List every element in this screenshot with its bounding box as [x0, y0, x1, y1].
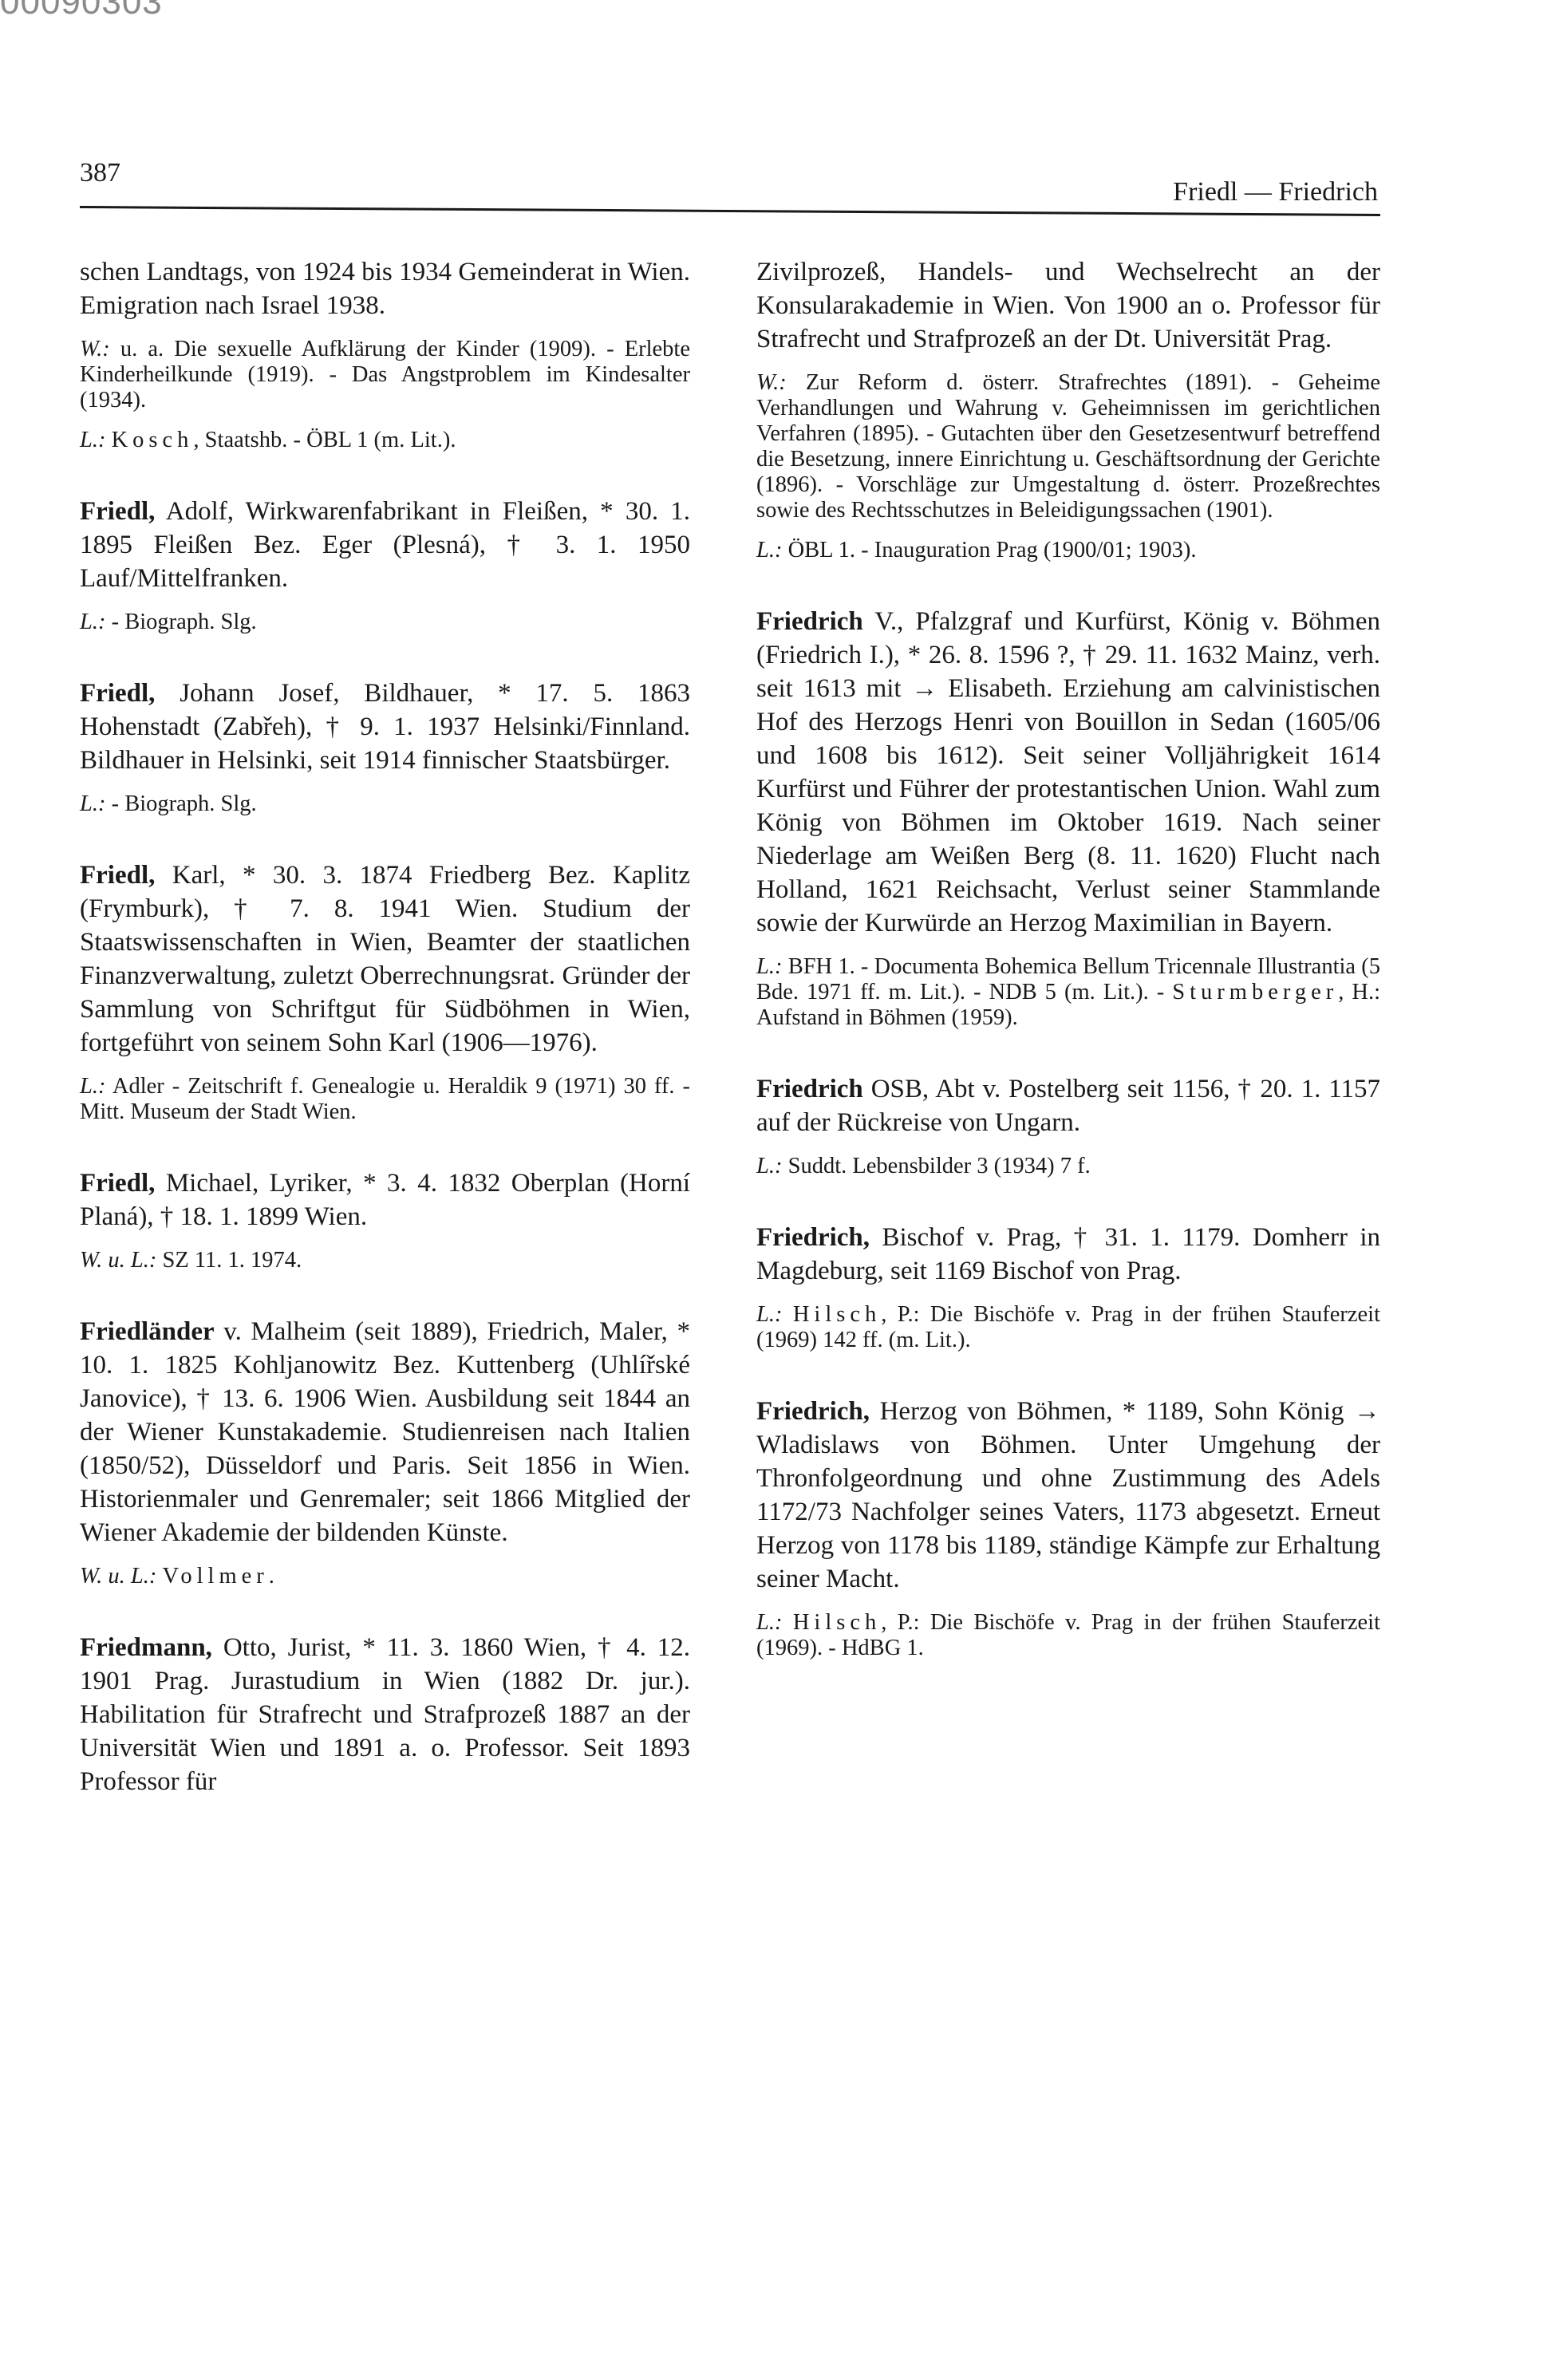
entry-body: Friedrich, Herzog von Böhmen, * 1189, So… — [756, 1395, 1380, 1596]
entry-continuation: schen Landtags, von 1924 bis 1934 Gemein… — [80, 255, 690, 453]
entry-body: Friedrich V., Pfalzgraf und Kurfürst, Kö… — [756, 605, 1380, 940]
entry-friedl-johann-josef: Friedl, Johann Josef, Bildhauer, * 17. 5… — [80, 677, 690, 817]
entry-body: Friedl, Adolf, Wirkwarenfabrikant in Fle… — [80, 495, 690, 595]
lit-label: L.: — [756, 1154, 782, 1178]
works-text: Zur Reform d. österr. Strafrechtes (1891… — [756, 370, 1380, 523]
entry-body: Friedrich OSB, Abt v. Postelberg seit 11… — [756, 1072, 1380, 1139]
lit-label: W. u. L.: — [80, 1564, 156, 1589]
entry-body: Friedl, Johann Josef, Bildhauer, * 17. 5… — [80, 677, 690, 777]
literature: W. u. L.: SZ 11. 1. 1974. — [80, 1248, 690, 1273]
lit-label: L.: — [756, 954, 782, 979]
works-label: W.: — [756, 370, 787, 395]
lit-label: L.: — [80, 1074, 105, 1099]
headword: Friedrich — [756, 1075, 863, 1103]
literature: L.: Adler - Zeitschrift f. Genealogie u.… — [80, 1074, 690, 1125]
literature: L.: - Biograph. Slg. — [80, 791, 690, 817]
literature: L.: Hilsch, P.: Die Bischöfe v. Prag in … — [756, 1610, 1380, 1661]
lit-label: L.: — [80, 610, 105, 634]
literature: L.: Suddt. Lebensbilder 3 (1934) 7 f. — [756, 1154, 1380, 1179]
right-column: Zivilprozeß, Handels- und Wechselrecht a… — [756, 255, 1380, 1691]
entry-friedl-karl: Friedl, Karl, * 30. 3. 1874 Friedberg Be… — [80, 858, 690, 1125]
entry-friedrich-v: Friedrich V., Pfalzgraf und Kurfürst, Kö… — [756, 605, 1380, 1031]
lit-text: - Biograph. Slg. — [112, 791, 257, 816]
lit-text: SZ 11. 1. 1974. — [162, 1248, 302, 1273]
works-list: W.: u. a. Die sexuelle Aufklärung der Ki… — [80, 337, 690, 413]
entry-continuation: Zivilprozeß, Handels- und Wechselrecht a… — [756, 255, 1380, 563]
lit-text: Adler - Zeitschrift f. Genealogie u. Her… — [80, 1074, 690, 1124]
entry-body: Friedmann, Otto, Jurist, * 11. 3. 1860 W… — [80, 1631, 690, 1798]
headword: Friedl, — [80, 679, 155, 708]
literature: W. u. L.: Vollmer. — [80, 1564, 690, 1589]
lit-author: Sturmberger — [1172, 980, 1338, 1004]
works-list: W.: Zur Reform d. österr. Strafrechtes (… — [756, 370, 1380, 523]
entry-body: Zivilprozeß, Handels- und Wechselrecht a… — [756, 255, 1380, 356]
entry-body: Friedl, Karl, * 30. 3. 1874 Friedberg Be… — [80, 858, 690, 1060]
entry-friedl-adolf: Friedl, Adolf, Wirkwarenfabrikant in Fle… — [80, 495, 690, 635]
lit-label: L.: — [756, 1302, 782, 1327]
literature: L.: Kosch, Staatshb. - ÖBL 1 (m. Lit.). — [80, 428, 690, 453]
headword: Friedl, — [80, 497, 155, 526]
lit-text: , Staatshb. - ÖBL 1 (m. Lit.). — [193, 428, 456, 452]
entry-body: schen Landtags, von 1924 bis 1934 Gemein… — [80, 255, 690, 322]
headword: Friedrich, — [756, 1223, 870, 1252]
entry-friedmann-otto: Friedmann, Otto, Jurist, * 11. 3. 1860 W… — [80, 1631, 690, 1798]
lit-text: - Biograph. Slg. — [112, 610, 257, 634]
headword: Friedl, — [80, 1169, 155, 1198]
headword: Friedrich, — [756, 1397, 870, 1426]
literature: L.: BFH 1. - Documenta Bohemica Bellum T… — [756, 954, 1380, 1031]
headword: Friedmann, — [80, 1633, 212, 1662]
entry-body: Friedrich, Bischof v. Prag, † 31. 1. 117… — [756, 1221, 1380, 1288]
entry-friedlaender: Friedländer v. Malheim (seit 1889), Frie… — [80, 1315, 690, 1589]
headword: Friedrich — [756, 607, 863, 636]
lit-author: Hilsch — [793, 1610, 881, 1635]
lit-label: L.: — [80, 428, 105, 452]
entry-body: Friedl, Michael, Lyriker, * 3. 4. 1832 O… — [80, 1166, 690, 1233]
headword: Friedländer — [80, 1317, 215, 1346]
lit-text: . — [269, 1564, 274, 1589]
running-head: Friedl — Friedrich — [1173, 177, 1378, 207]
literature: L.: Hilsch, P.: Die Bischöfe v. Prag in … — [756, 1302, 1380, 1353]
works-text: u. a. Die sexuelle Aufklärung der Kinder… — [80, 337, 690, 412]
scan-watermark: 00090303 — [0, 0, 163, 22]
headword: Friedl, — [80, 861, 155, 890]
lit-text: Suddt. Lebensbilder 3 (1934) 7 f. — [788, 1154, 1091, 1178]
lit-author: Hilsch — [793, 1302, 881, 1327]
literature: L.: - Biograph. Slg. — [80, 610, 690, 635]
lit-label: L.: — [756, 1610, 782, 1635]
literature: L.: ÖBL 1. - Inauguration Prag (1900/01;… — [756, 538, 1380, 563]
left-column: schen Landtags, von 1924 bis 1934 Gemein… — [80, 255, 690, 1829]
lit-author: Vollmer — [162, 1564, 268, 1589]
lit-label: L.: — [756, 538, 782, 562]
lit-author: Kosch — [112, 428, 194, 452]
lit-text: ÖBL 1. - Inauguration Prag (1900/01; 190… — [788, 538, 1197, 562]
entry-body: Friedländer v. Malheim (seit 1889), Frie… — [80, 1315, 690, 1549]
page-number: 387 — [80, 158, 120, 188]
lit-label: L.: — [80, 791, 105, 816]
works-label: W.: — [80, 337, 110, 361]
lit-label: W. u. L.: — [80, 1248, 156, 1273]
entry-friedrich-herzog: Friedrich, Herzog von Böhmen, * 1189, So… — [756, 1395, 1380, 1661]
entry-friedl-michael: Friedl, Michael, Lyriker, * 3. 4. 1832 O… — [80, 1166, 690, 1273]
entry-friedrich-osb: Friedrich OSB, Abt v. Postelberg seit 11… — [756, 1072, 1380, 1179]
entry-friedrich-bischof: Friedrich, Bischof v. Prag, † 31. 1. 117… — [756, 1221, 1380, 1353]
